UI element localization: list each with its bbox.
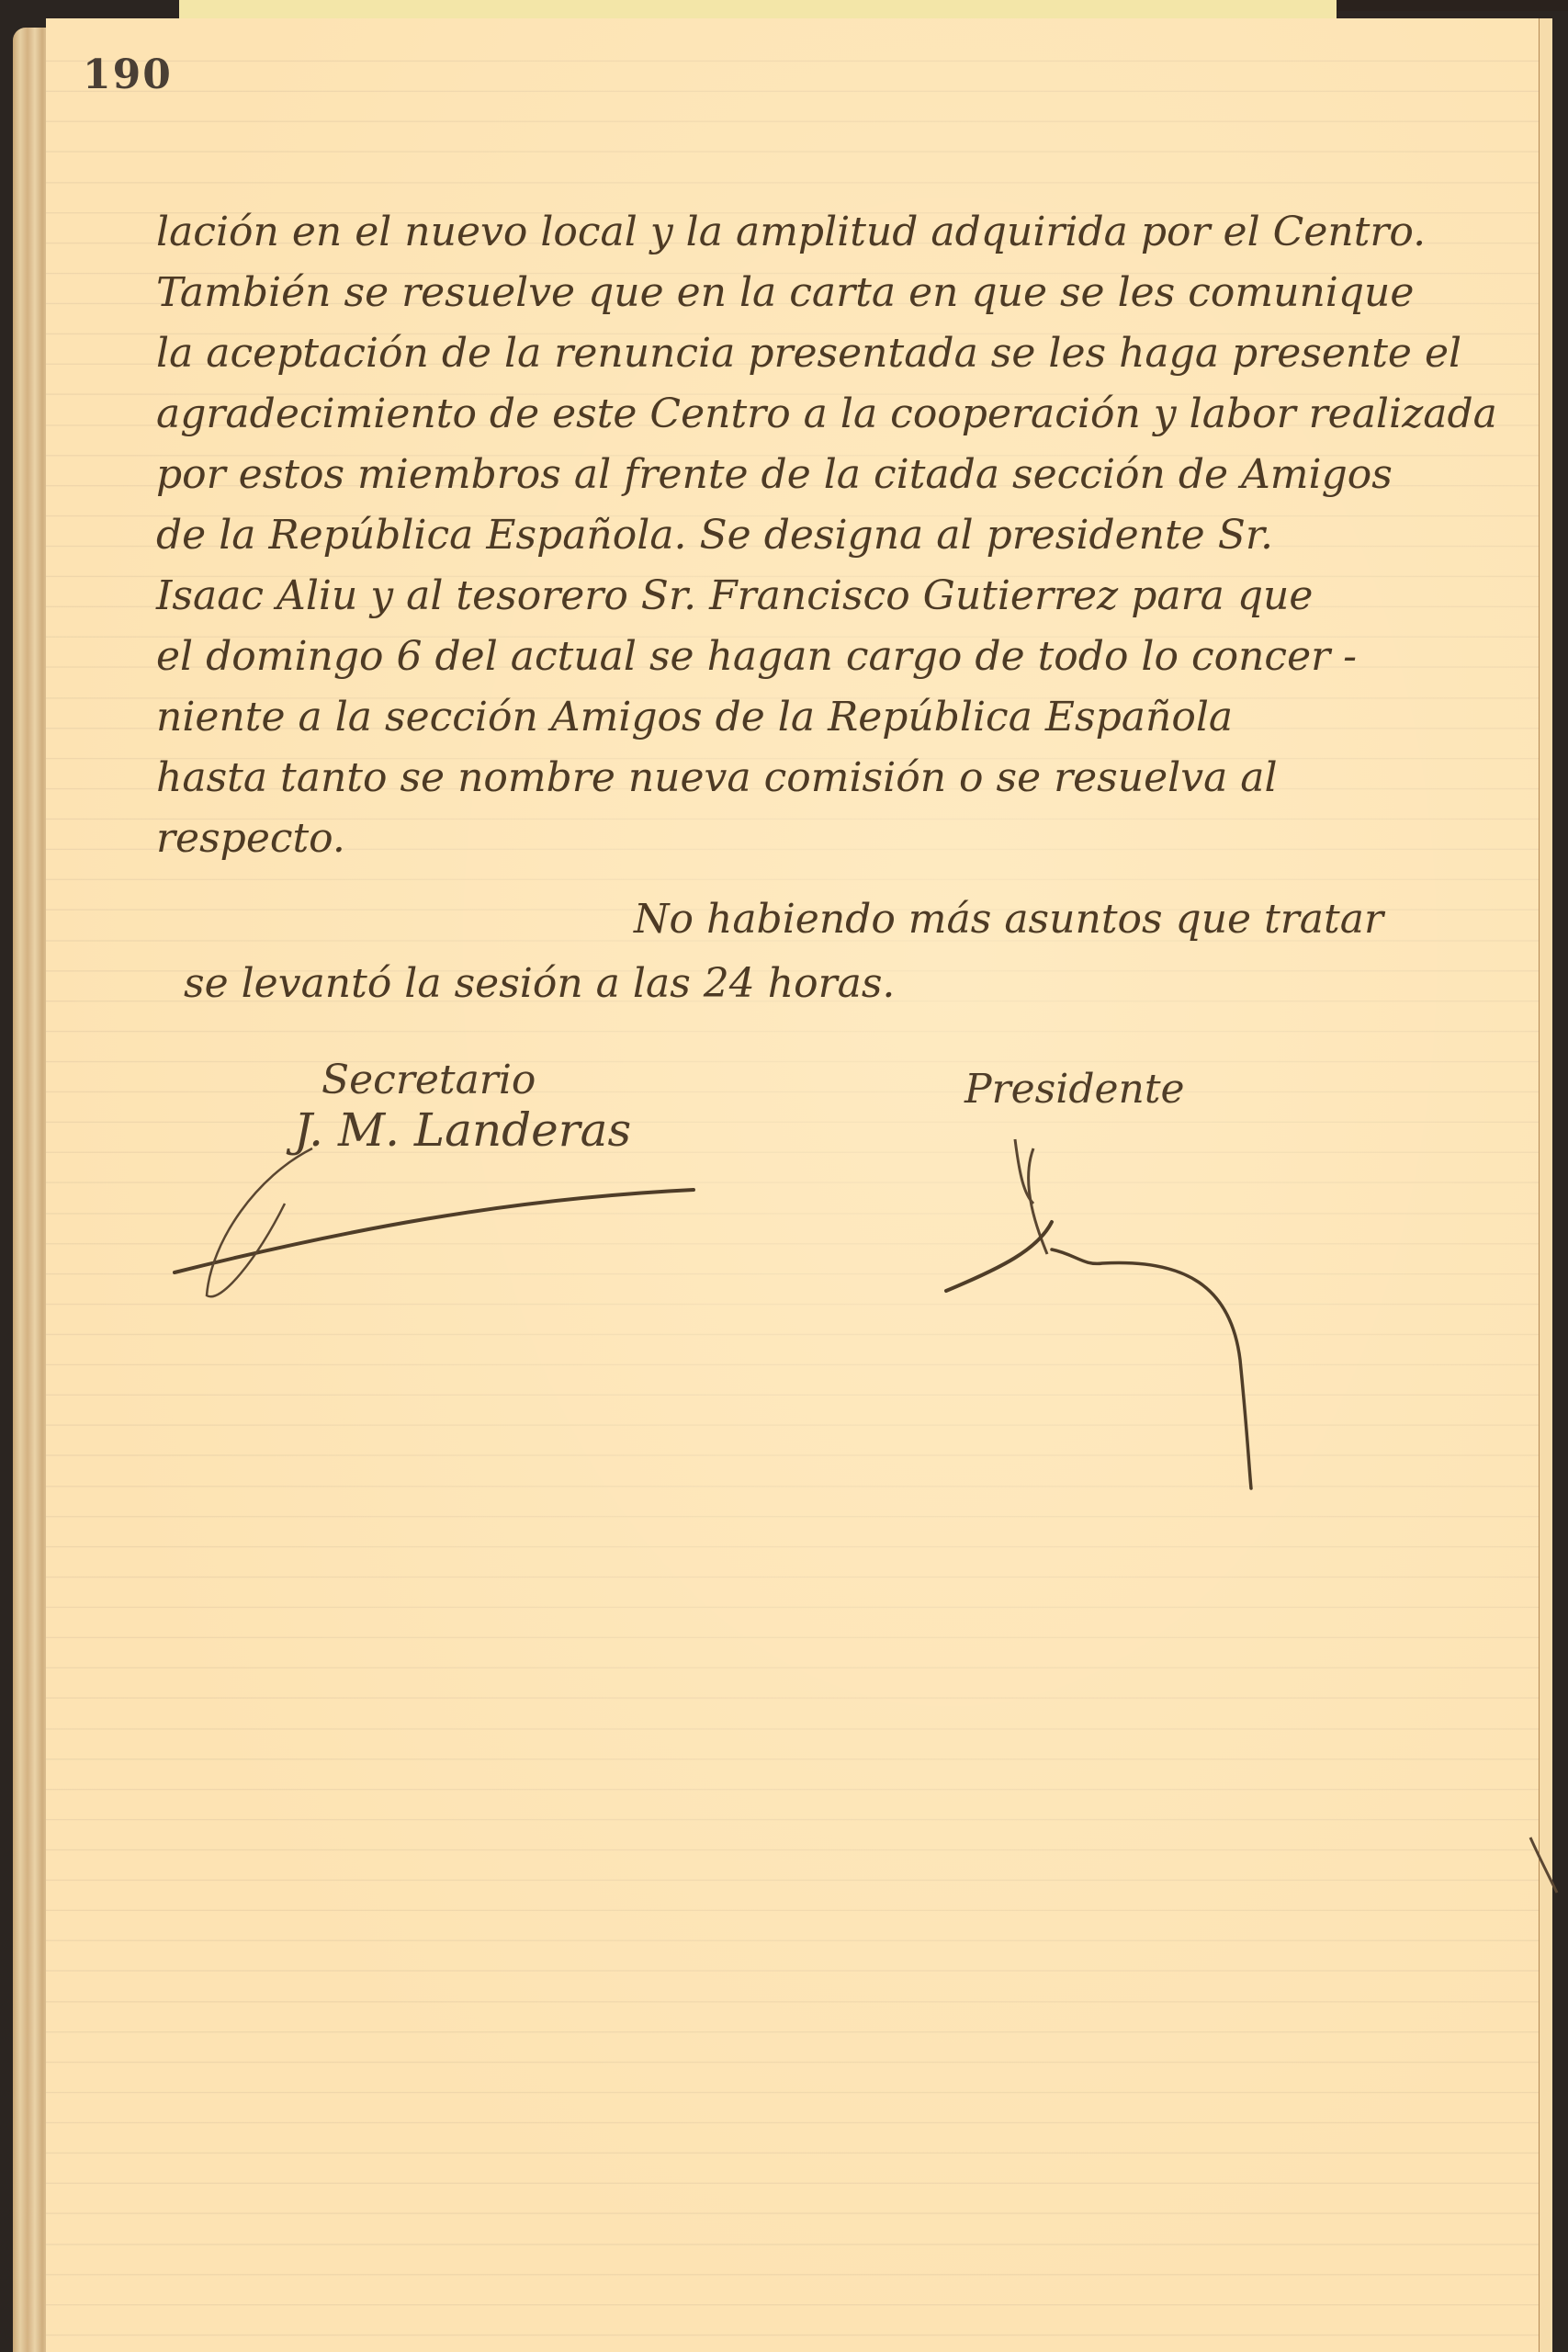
book-cover-edge — [1337, 0, 1568, 11]
stacked-page-edges — [13, 28, 50, 2352]
ledger-page: 190 lación en el nuevo local y la amplit… — [46, 18, 1552, 2352]
margin-ink-mark — [46, 18, 1552, 2352]
yellow-page-tab — [179, 0, 1337, 20]
document-scan: 190 lación en el nuevo local y la amplit… — [0, 0, 1568, 2352]
